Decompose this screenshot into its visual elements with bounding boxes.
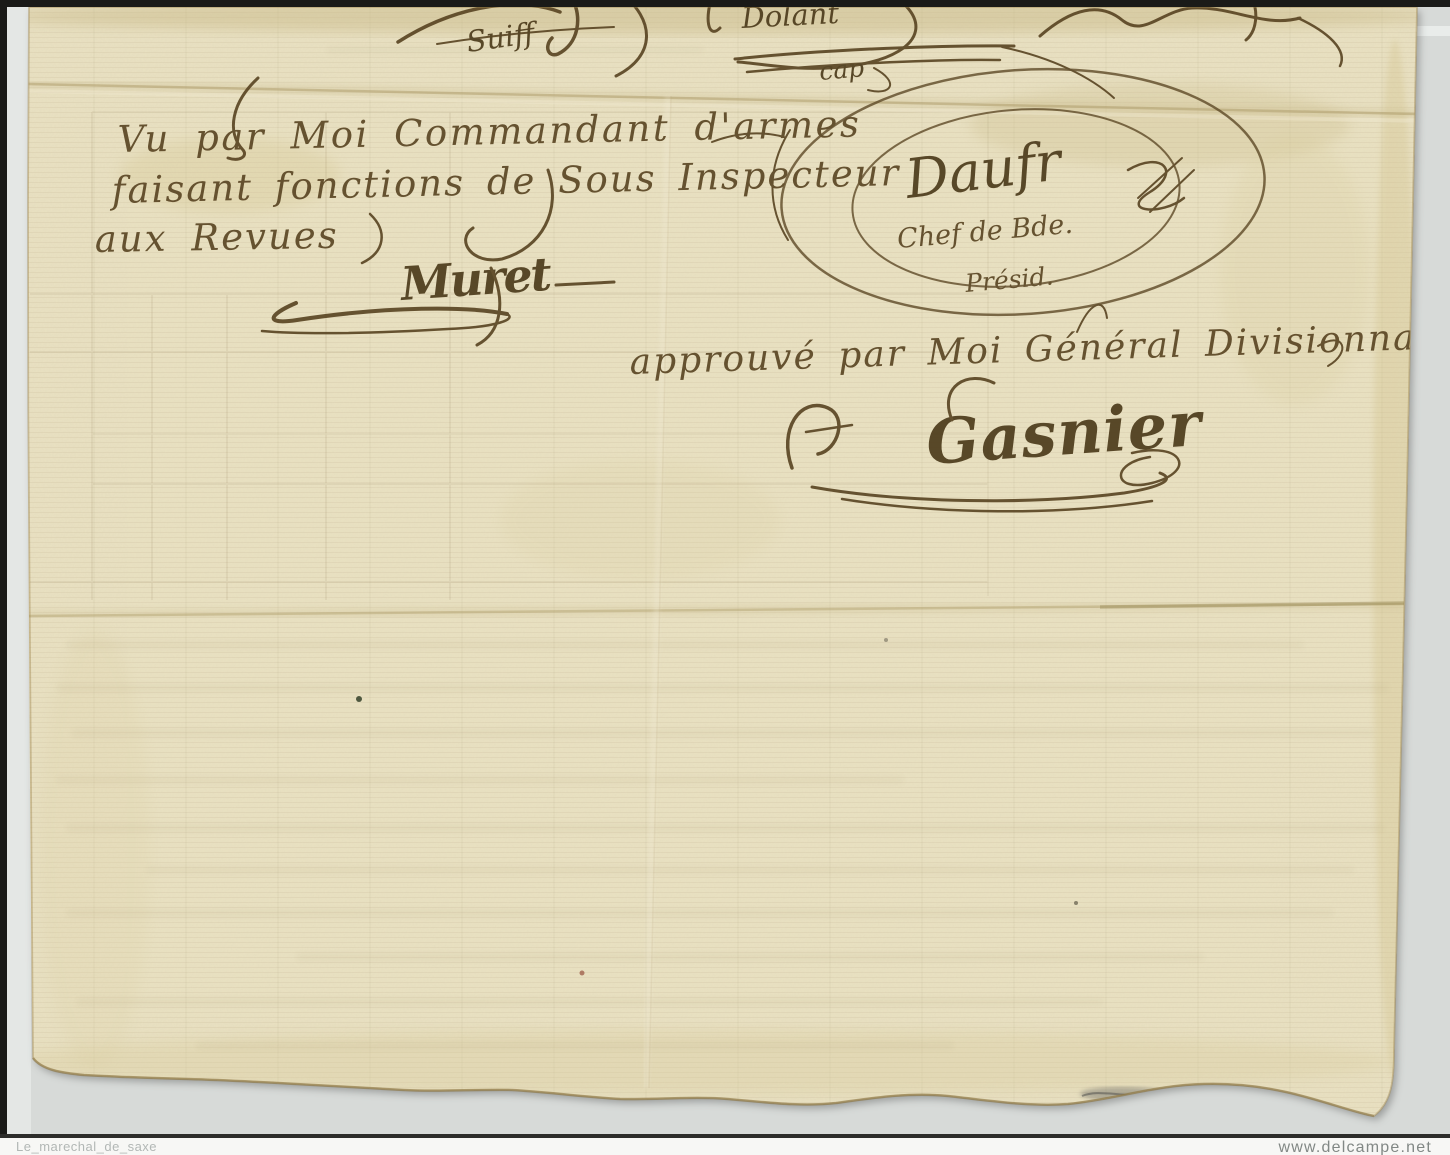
fleck <box>884 638 888 642</box>
watermark-seller: Le_marechal_de_saxe <box>16 1139 157 1154</box>
paper-surface: Suiff Dolant cap <box>0 0 1450 1155</box>
top-middle-rank-text: cap <box>818 53 865 86</box>
fleck <box>580 971 585 976</box>
scan-frame-left <box>0 0 7 1136</box>
footer-separator-line <box>0 1134 1450 1138</box>
vu-line-3: aux Revues <box>94 214 339 261</box>
muret-signature-text: Muret <box>397 247 553 312</box>
fleck <box>1074 901 1078 905</box>
footer-strip <box>0 1138 1450 1155</box>
stain <box>500 460 780 580</box>
scan-canvas: Suiff Dolant cap <box>0 0 1450 1155</box>
scanned-manuscript-page: Suiff Dolant cap <box>0 0 1450 1155</box>
scan-frame-top <box>0 0 1450 7</box>
watermark-delcampe: www.delcampe.net <box>1278 1139 1433 1155</box>
stain <box>1220 135 1370 405</box>
fleck <box>356 696 362 702</box>
